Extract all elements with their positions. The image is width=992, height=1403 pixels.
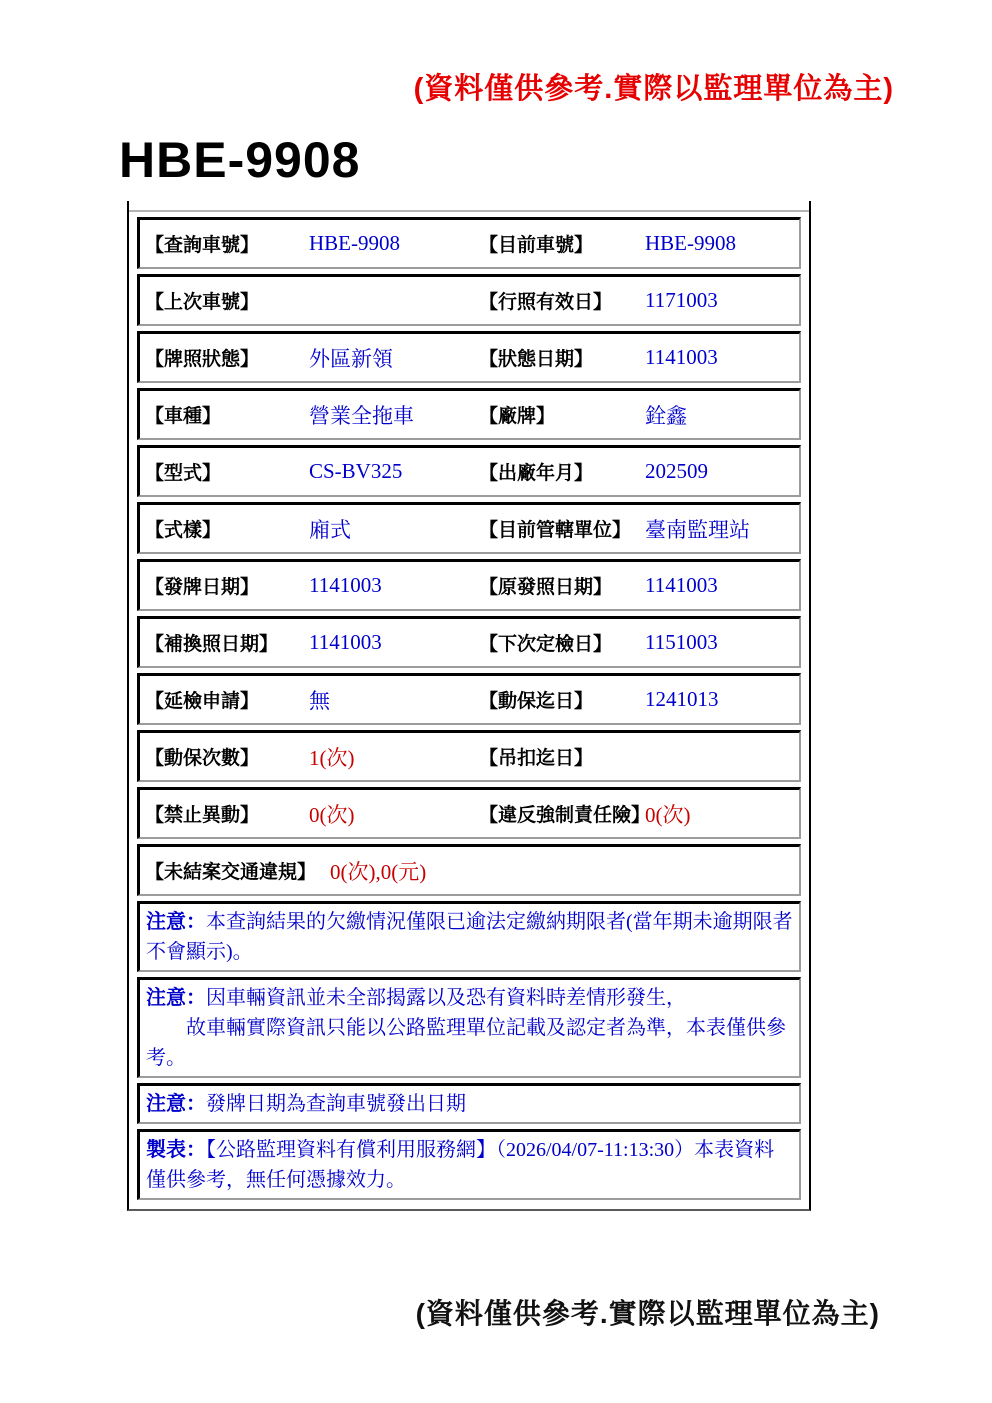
field-value: 1(次) xyxy=(309,742,479,772)
field-value: 1171003 xyxy=(645,288,799,313)
field-label: 【吊扣迄日】 xyxy=(479,743,645,770)
field-label: 【禁止異動】 xyxy=(145,800,309,827)
notice-label: 注意： xyxy=(146,1093,206,1115)
row-change-prohibited: 【禁止異動】 0(次) 【違反強制責任險】 0(次) xyxy=(137,787,801,839)
field-label: 【廠牌】 xyxy=(479,401,645,428)
field-label: 【下次定檢日】 xyxy=(479,629,645,656)
vehicle-report-page: (資料僅供參考.實際以監理單位為主) HBE-9908 【查詢車號】 HBE-9… xyxy=(0,0,992,1403)
field-value: 臺南監理站 xyxy=(645,514,799,544)
field-label: 【違反強制責任險】 xyxy=(479,800,645,827)
field-label: 【式樣】 xyxy=(145,515,309,542)
field-label: 【牌照狀態】 xyxy=(145,344,309,371)
field-label: 【出廠年月】 xyxy=(479,458,645,485)
field-label: 【動保次數】 xyxy=(145,743,309,770)
field-value: 廂式 xyxy=(309,514,479,544)
row-previous-plate: 【上次車號】 【行照有效日】 1171003 xyxy=(137,274,801,326)
page-title: HBE-9908 xyxy=(119,131,992,189)
field-value: 0(次) xyxy=(309,799,479,829)
field-value: 1151003 xyxy=(645,630,799,655)
row-vehicle-type: 【車種】 營業全拖車 【廠牌】 銓鑫 xyxy=(137,388,801,440)
notice-label: 注意： xyxy=(146,911,206,933)
field-value: 1141003 xyxy=(309,573,479,598)
field-label: 【上次車號】 xyxy=(145,287,309,314)
field-value: 1141003 xyxy=(645,345,799,370)
field-label: 【目前車號】 xyxy=(479,230,645,257)
field-label: 【查詢車號】 xyxy=(145,230,309,257)
field-value: HBE-9908 xyxy=(309,231,479,256)
row-reissue-date: 【補換照日期】 1141003 【下次定檢日】 1151003 xyxy=(137,616,801,668)
field-label: 【發牌日期】 xyxy=(145,572,309,599)
notice-data-disclosure: 注意：因車輛資訊並未全部揭露以及恐有資料時差情形發生， 故車輛實際資訊只能以公路… xyxy=(137,977,801,1078)
field-label: 【補換照日期】 xyxy=(145,629,309,656)
row-plate-status: 【牌照狀態】 外區新領 【狀態日期】 1141003 xyxy=(137,331,801,383)
field-value: HBE-9908 xyxy=(645,231,799,256)
field-label: 【目前管轄單位】 xyxy=(479,515,645,542)
maker-label: 製表： xyxy=(146,1139,206,1161)
field-label: 【動保迄日】 xyxy=(479,686,645,713)
top-disclaimer: (資料僅供參考.實際以監理單位為主) xyxy=(0,0,992,107)
notice-overdue-payment: 注意：本查詢結果的欠繳情況僅限已逾法定繳納期限者(當年期未逾期限者不會顯示)。 xyxy=(137,901,801,972)
field-label: 【行照有效日】 xyxy=(479,287,645,314)
field-value: 1141003 xyxy=(309,630,479,655)
field-label: 【未結案交通違規】 xyxy=(145,857,316,884)
panel-top-strip xyxy=(129,201,809,212)
field-value: 外區新領 xyxy=(309,343,479,373)
row-inspection-extension: 【延檢申請】 無 【動保迄日】 1241013 xyxy=(137,673,801,725)
field-value: 1141003 xyxy=(645,573,799,598)
vehicle-info-panel: 【查詢車號】 HBE-9908 【目前車號】 HBE-9908 【上次車號】 【… xyxy=(127,201,811,1211)
bottom-disclaimer: (資料僅供參考.實際以監理單位為主) xyxy=(416,1292,880,1332)
row-lien-count: 【動保次數】 1(次) 【吊扣迄日】 xyxy=(137,730,801,782)
field-label: 【延檢申請】 xyxy=(145,686,309,713)
notice-text: 因車輛資訊並未全部揭露以及恐有資料時差情形發生， 故車輛實際資訊只能以公路監理單… xyxy=(146,987,786,1069)
maker-text: 【公路監理資料有償利用服務網】（2026/04/07-11:13:30）本表資料… xyxy=(146,1139,774,1191)
report-maker-note: 製表：【公路監理資料有償利用服務網】（2026/04/07-11:13:30）本… xyxy=(137,1129,801,1200)
field-label: 【狀態日期】 xyxy=(479,344,645,371)
field-value: 202509 xyxy=(645,459,799,484)
row-plate-query: 【查詢車號】 HBE-9908 【目前車號】 HBE-9908 xyxy=(137,217,801,269)
notice-text: 本查詢結果的欠繳情況僅限已逾法定繳納期限者(當年期未逾期限者不會顯示)。 xyxy=(146,911,793,963)
row-model: 【型式】 CS-BV325 【出廠年月】 202509 xyxy=(137,445,801,497)
field-value: 銓鑫 xyxy=(645,400,799,430)
field-label: 【原發照日期】 xyxy=(479,572,645,599)
field-value: 無 xyxy=(309,685,479,715)
notice-text: 發牌日期為查詢車號發出日期 xyxy=(206,1093,466,1115)
row-open-violations: 【未結案交通違規】 0(次),0(元) xyxy=(137,844,801,896)
field-label: 【型式】 xyxy=(145,458,309,485)
notice-issue-date: 注意：發牌日期為查詢車號發出日期 xyxy=(137,1083,801,1124)
row-body-style: 【式樣】 廂式 【目前管轄單位】 臺南監理站 xyxy=(137,502,801,554)
row-issue-date: 【發牌日期】 1141003 【原發照日期】 1141003 xyxy=(137,559,801,611)
field-value: 營業全拖車 xyxy=(309,400,479,430)
notice-label: 注意： xyxy=(146,987,206,1009)
field-value: CS-BV325 xyxy=(309,459,479,484)
field-value: 1241013 xyxy=(645,687,799,712)
field-value: 0(次) xyxy=(645,799,799,829)
field-label: 【車種】 xyxy=(145,401,309,428)
field-value: 0(次),0(元) xyxy=(330,856,426,886)
